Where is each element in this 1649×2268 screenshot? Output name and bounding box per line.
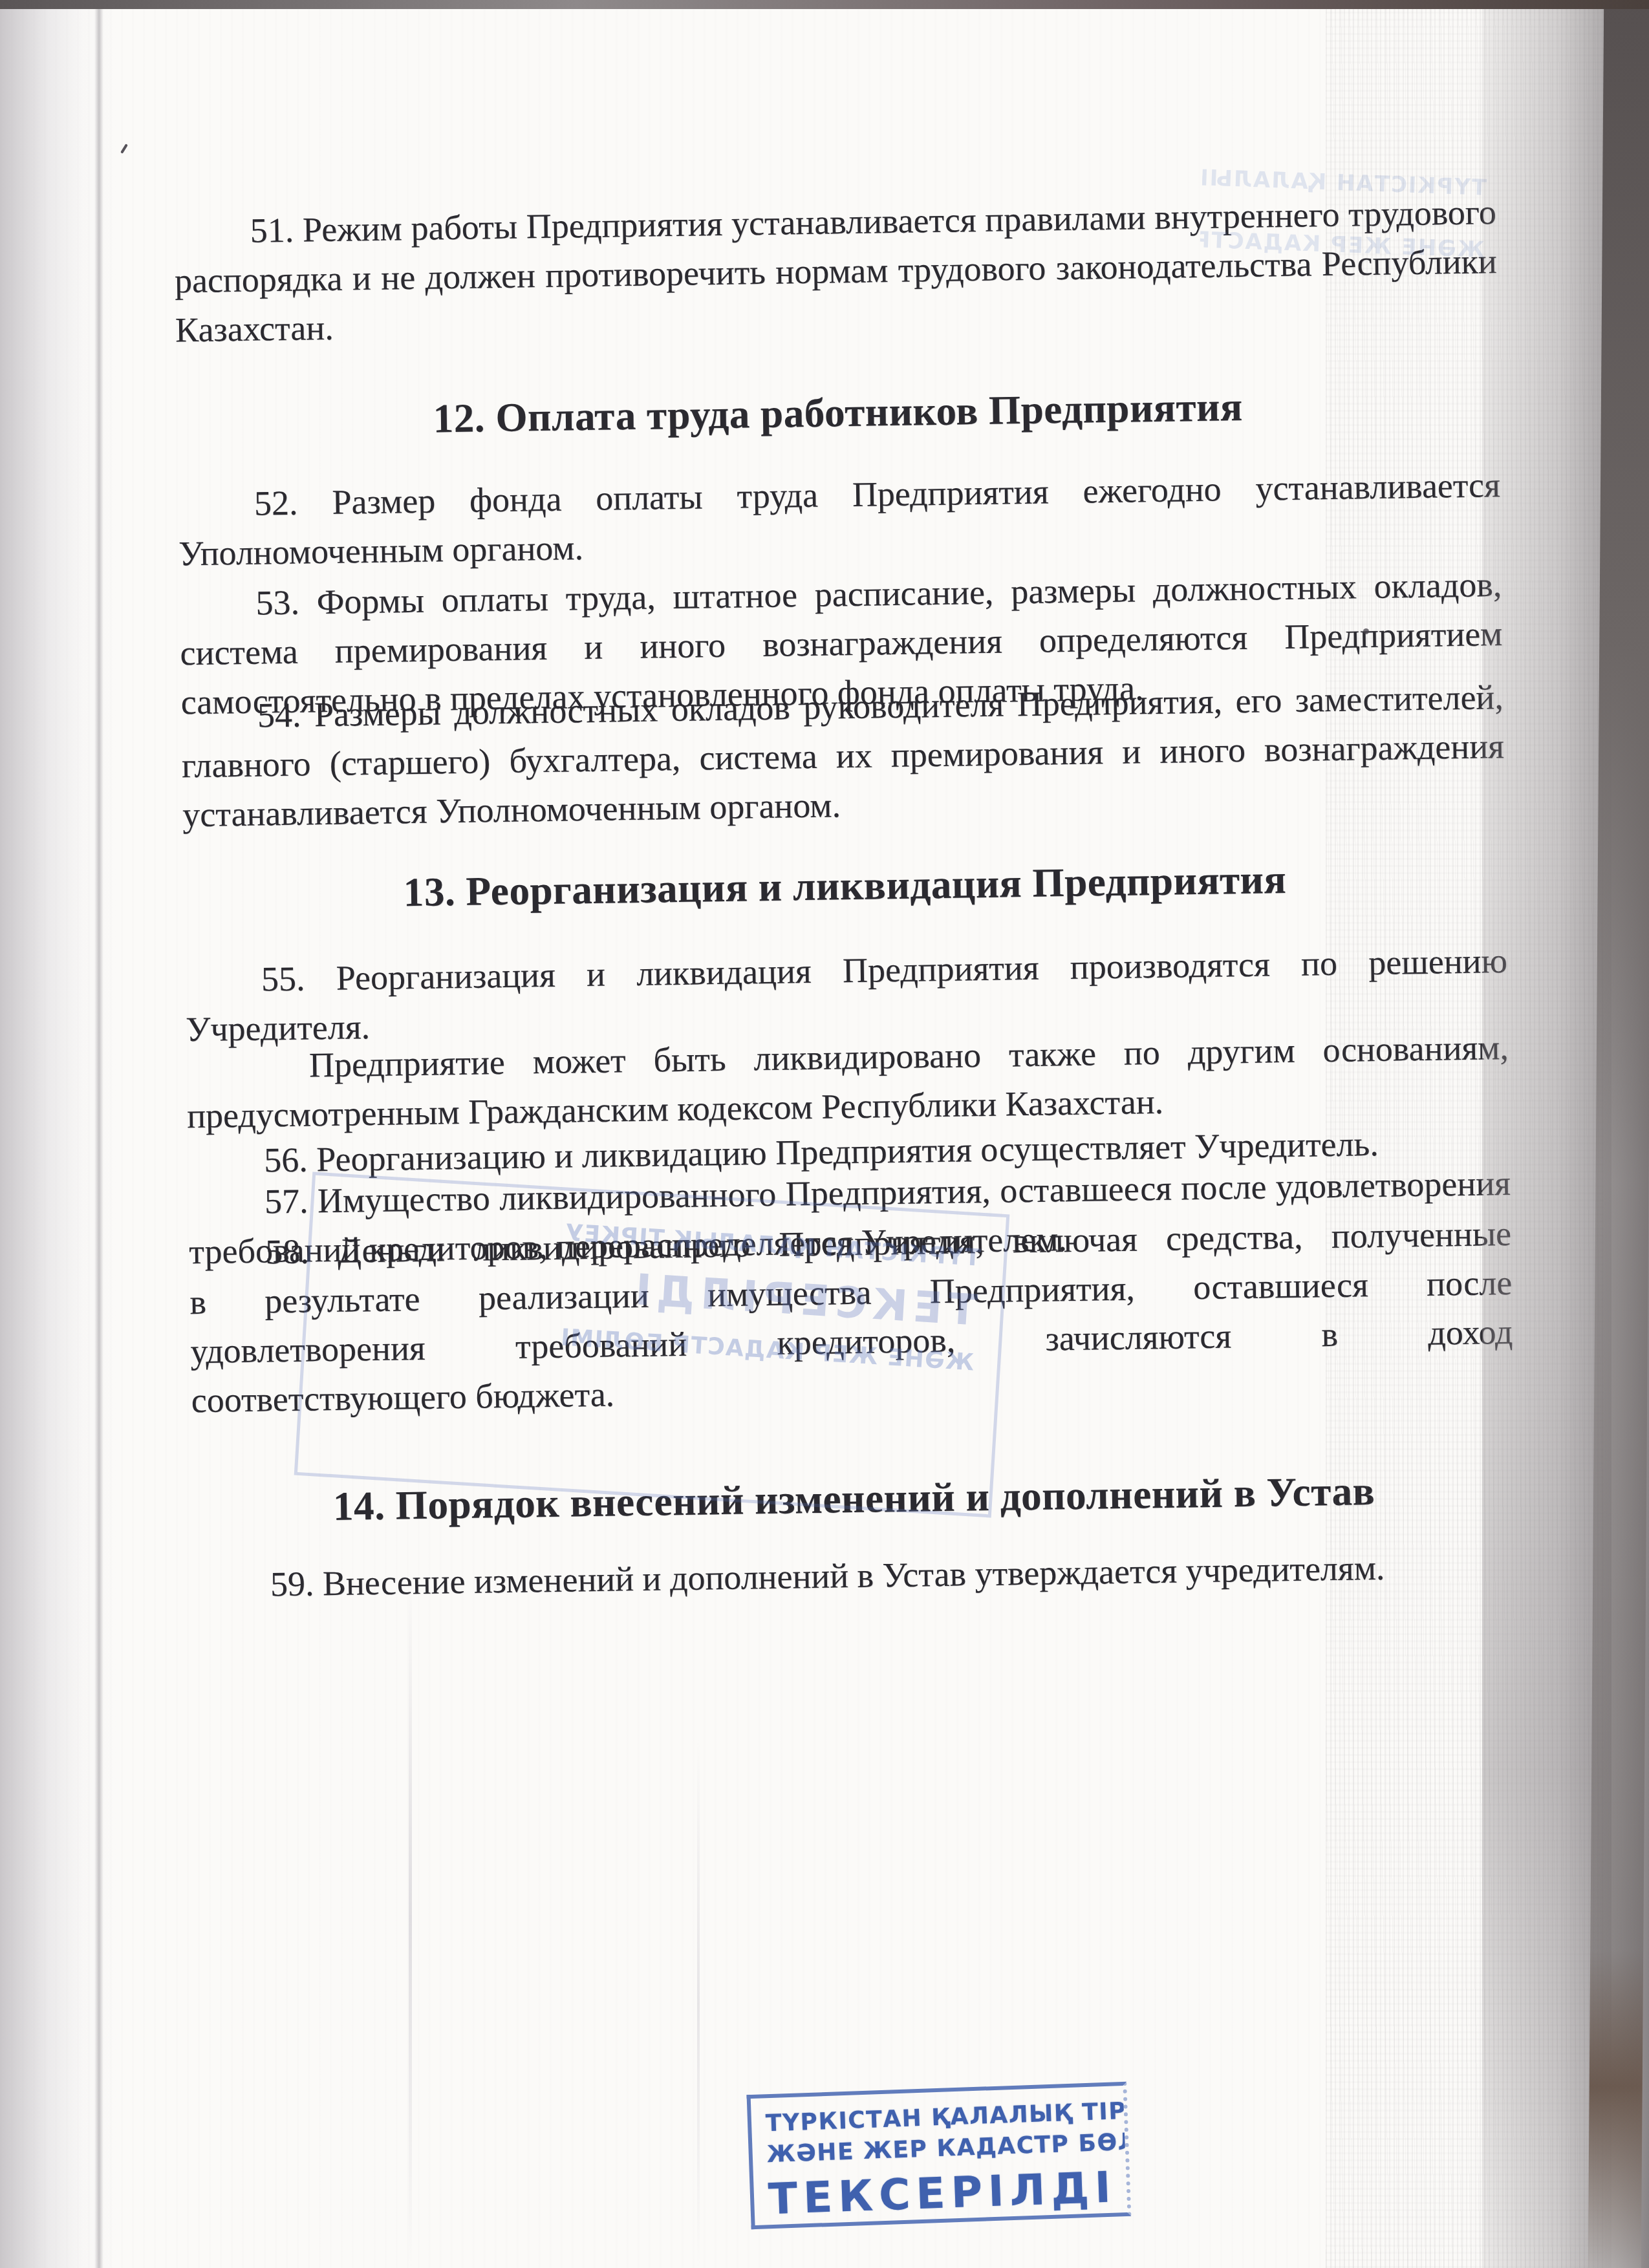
scan-edge-top [0, 0, 1649, 9]
paper-crease [697, 1739, 700, 2268]
scanned-document-page: 51. Режим работы Предприятия устанавлива… [0, 0, 1649, 2268]
registration-stamp: ТҮРКІСТАН ҚАЛАЛЫҚ ТІРКЕУ ЖӘНЕ ЖЕР КАДАСТ… [747, 2082, 1132, 2229]
paragraph-54: 54. Размеры должностных окладов руководи… [180, 672, 1505, 839]
bleedthrough-stamp: ТҮРКІСТАН ҚАЛАЛЫҚ ТІРКЕУ ТЕКСЕРІЛДІ ЖӘНЕ… [294, 1171, 1010, 1517]
ink-dot [1363, 628, 1369, 634]
paper-crease [409, 1571, 412, 2268]
stamp-line-3: ТЕКСЕРІЛДІ [768, 2162, 1127, 2225]
paragraph-52: 52. Размер фонда оплаты труда Предприяти… [178, 460, 1502, 578]
page-fold-line [94, 0, 103, 2268]
